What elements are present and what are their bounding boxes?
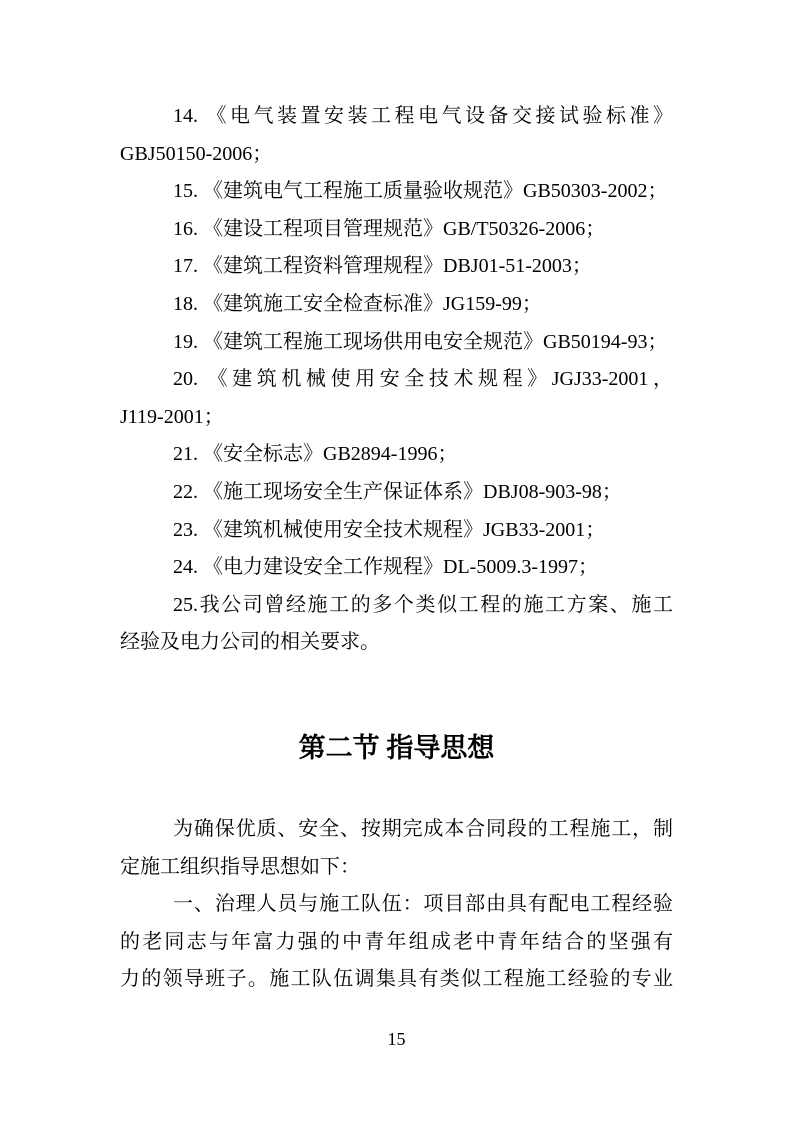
document-line: 一、治理人员与施工队伍：项目部由具有配电工程经验 <box>120 886 673 924</box>
document-line: GBJ50150-2006； <box>120 136 673 174</box>
document-line: 经验及电力公司的相关要求。 <box>120 624 673 662</box>
document-line: J119-2001； <box>120 399 673 437</box>
document-line: 为确保优质、安全、按期完成本合同段的工程施工，制 <box>120 811 673 849</box>
document-line: 15. 《建筑电气工程施工质量验收规范》GB50303-2002； <box>120 173 673 211</box>
document-line: 19. 《建筑工程施工现场供用电安全规范》GB50194-93； <box>120 324 673 362</box>
document-line: 16. 《建设工程项目管理规范》GB/T50326-2006； <box>120 211 673 249</box>
document-line: 17. 《建筑工程资料管理规程》DBJ01-51-2003； <box>120 248 673 286</box>
document-line: 22. 《施工现场安全生产保证体系》DBJ08-903-98； <box>120 474 673 512</box>
document-page: 14. 《电气装置安装工程电气设备交接试验标准》GBJ50150-2006；15… <box>0 0 793 1122</box>
document-body: 14. 《电气装置安装工程电气设备交接试验标准》GBJ50150-2006；15… <box>120 98 673 999</box>
document-line: 20. 《建筑机械使用安全技术规程》JGJ33-2001， <box>120 361 673 399</box>
document-line: 力的领导班子。施工队伍调集具有类似工程施工经验的专业 <box>120 961 673 999</box>
document-line: 25.我公司曾经施工的多个类似工程的施工方案、施工 <box>120 587 673 625</box>
section-heading: 第二节 指导思想 <box>120 728 673 768</box>
document-line: 的老同志与年富力强的中青年组成老中青年结合的坚强有 <box>120 924 673 962</box>
page-number: 15 <box>0 1028 793 1050</box>
guiding-ideology-paragraphs: 为确保优质、安全、按期完成本合同段的工程施工，制定施工组织指导思想如下：一、治理… <box>120 811 673 999</box>
document-line: 14. 《电气装置安装工程电气设备交接试验标准》 <box>120 98 673 136</box>
document-line: 24. 《电力建设安全工作规程》DL-5009.3-1997； <box>120 549 673 587</box>
document-line: 定施工组织指导思想如下： <box>120 849 673 887</box>
standards-list: 14. 《电气装置安装工程电气设备交接试验标准》GBJ50150-2006；15… <box>120 98 673 662</box>
document-line: 23. 《建筑机械使用安全技术规程》JGB33-2001； <box>120 512 673 550</box>
document-line: 18. 《建筑施工安全检查标准》JG159-99； <box>120 286 673 324</box>
document-line: 21. 《安全标志》GB2894-1996； <box>120 436 673 474</box>
